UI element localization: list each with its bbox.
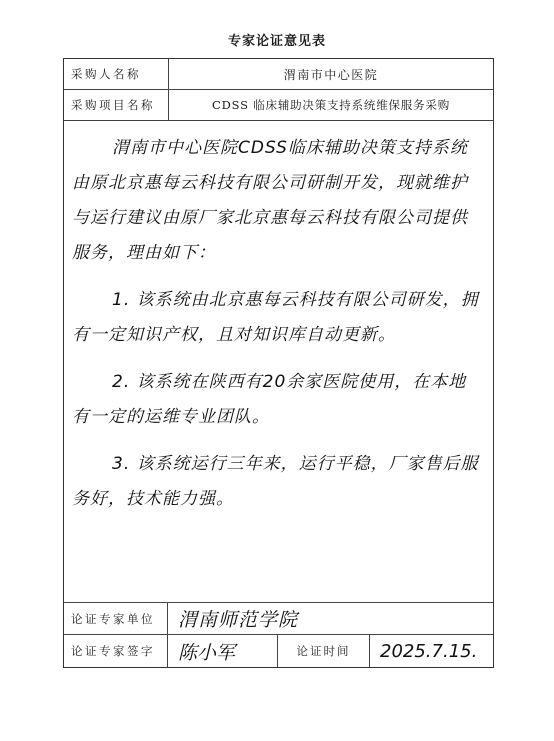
project-label: 采购项目名称 — [64, 90, 169, 120]
opinion-body: 渭南市中心医院CDSS临床辅助决策支持系统由原北京惠每云科技有限公司研制开发，现… — [64, 121, 493, 603]
review-time-value: 2025.7.15. — [370, 635, 493, 667]
project-value: CDSS 临床辅助决策支持系统维保服务采购 — [169, 90, 493, 120]
opinion-intro: 渭南市中心医院CDSS临床辅助决策支持系统由原北京惠每云科技有限公司研制开发，现… — [72, 131, 481, 271]
expert-opinion-table: 采购人名称 渭南市中心医院 采购项目名称 CDSS 临床辅助决策支持系统维保服务… — [63, 58, 494, 668]
opinion-item-2: 2. 该系统在陕西有20余家医院使用，在本地有一定的运维专业团队。 — [72, 365, 481, 435]
expert-signature-value: 陈小军 — [168, 635, 278, 667]
purchaser-row: 采购人名称 渭南市中心医院 — [64, 59, 493, 90]
opinion-item-3: 3. 该系统运行三年来，运行平稳，厂家售后服务好，技术能力强。 — [72, 447, 481, 517]
expert-unit-label: 论证专家单位 — [64, 603, 168, 634]
purchaser-value: 渭南市中心医院 — [169, 59, 493, 89]
expert-signature-row: 论证专家签字 陈小军 论证时间 2025.7.15. — [64, 635, 493, 667]
expert-unit-row: 论证专家单位 渭南师范学院 — [64, 603, 493, 635]
project-row: 采购项目名称 CDSS 临床辅助决策支持系统维保服务采购 — [64, 90, 493, 121]
review-time-label: 论证时间 — [278, 635, 370, 667]
purchaser-label: 采购人名称 — [64, 59, 169, 89]
opinion-item-1: 1. 该系统由北京惠每云科技有限公司研发，拥有一定知识产权，且对知识库自动更新。 — [72, 283, 481, 353]
expert-unit-value: 渭南师范学院 — [178, 603, 493, 634]
expert-signature-label: 论证专家签字 — [64, 635, 168, 667]
document-title: 专家论证意见表 — [0, 30, 554, 49]
